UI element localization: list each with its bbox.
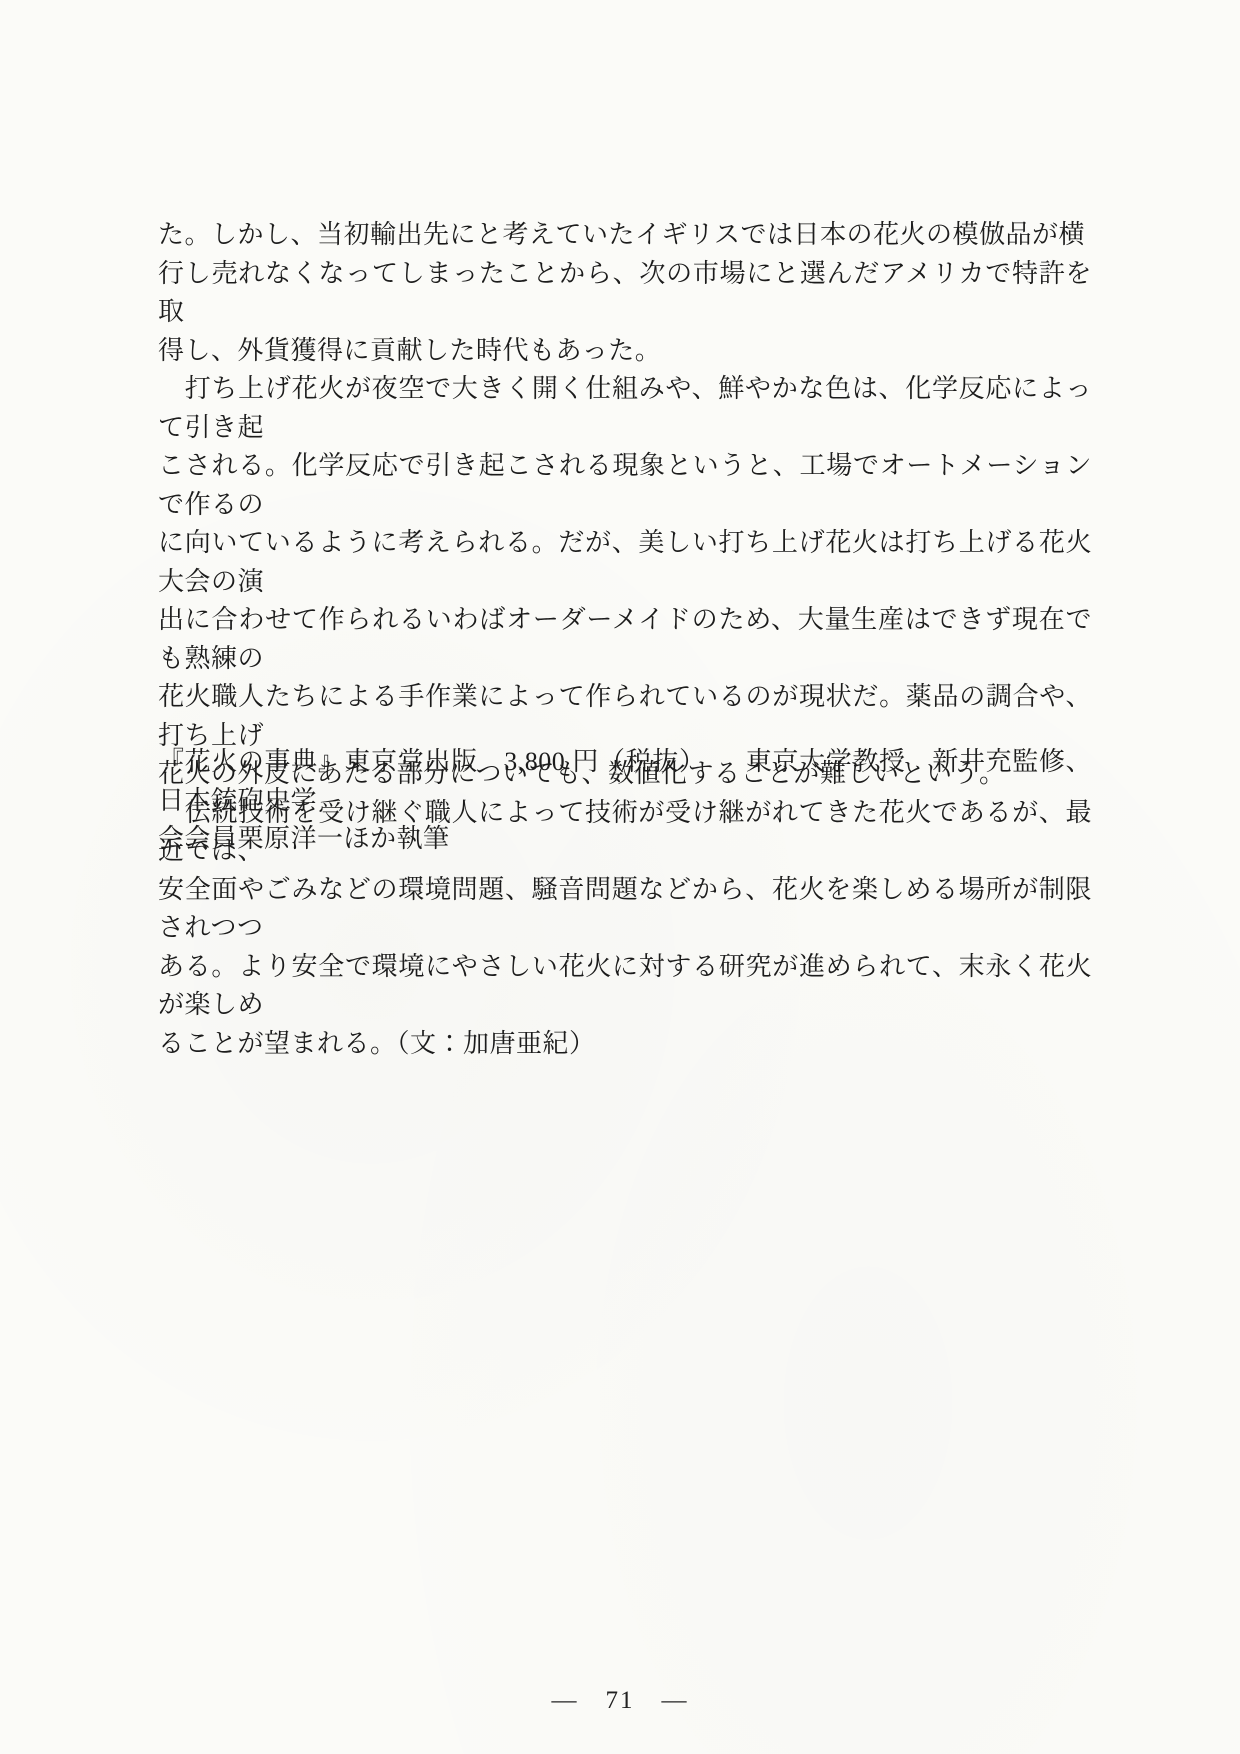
scanned-document-page: た。しかし、当初輸出先にと考えていたイギリスでは日本の花火の模倣品が横 行し売れ… bbox=[0, 0, 1240, 1754]
text-line: 得し、外貨獲得に貢献した時代もあった。 bbox=[158, 332, 1092, 371]
citation-line: 『花火の事典』東京堂出版 3,800 円（税抜） 東京大学教授 新井充監修、日本… bbox=[158, 743, 1092, 820]
text-line: 出に合わせて作られるいわばオーダーメイドのため、大量生産はできず現在でも熟練の bbox=[158, 601, 1092, 678]
book-citation: 『花火の事典』東京堂出版 3,800 円（税抜） 東京大学教授 新井充監修、日本… bbox=[158, 743, 1092, 859]
text-line: に向いているように考えられる。だが、美しい打ち上げ花火は打ち上げる花火大会の演 bbox=[158, 524, 1092, 601]
text-line: 打ち上げ花火が夜空で大きく開く仕組みや、鮮やかな色は、化学反応によって引き起 bbox=[158, 370, 1092, 447]
text-line: こされる。化学反応で引き起こされる現象というと、工場でオートメーションで作るの bbox=[158, 447, 1092, 524]
text-line: ある。より安全で環境にやさしい花火に対する研究が進められて、末永く花火が楽しめ bbox=[158, 948, 1092, 1025]
body-text: た。しかし、当初輸出先にと考えていたイギリスでは日本の花火の模倣品が横 行し売れ… bbox=[158, 216, 1092, 1063]
page-number: — 71 — bbox=[0, 1680, 1240, 1716]
text-line: た。しかし、当初輸出先にと考えていたイギリスでは日本の花火の模倣品が横 bbox=[158, 216, 1092, 255]
text-line: 行し売れなくなってしまったことから、次の市場にと選んだアメリカで特許を取 bbox=[158, 255, 1092, 332]
citation-line: 会会員栗原洋一ほか執筆 bbox=[158, 820, 1092, 859]
text-line: 安全面やごみなどの環境問題、騒音問題などから、花火を楽しめる場所が制限されつつ bbox=[158, 871, 1092, 948]
text-line: ることが望まれる。（文：加唐亜紀） bbox=[158, 1025, 1092, 1064]
